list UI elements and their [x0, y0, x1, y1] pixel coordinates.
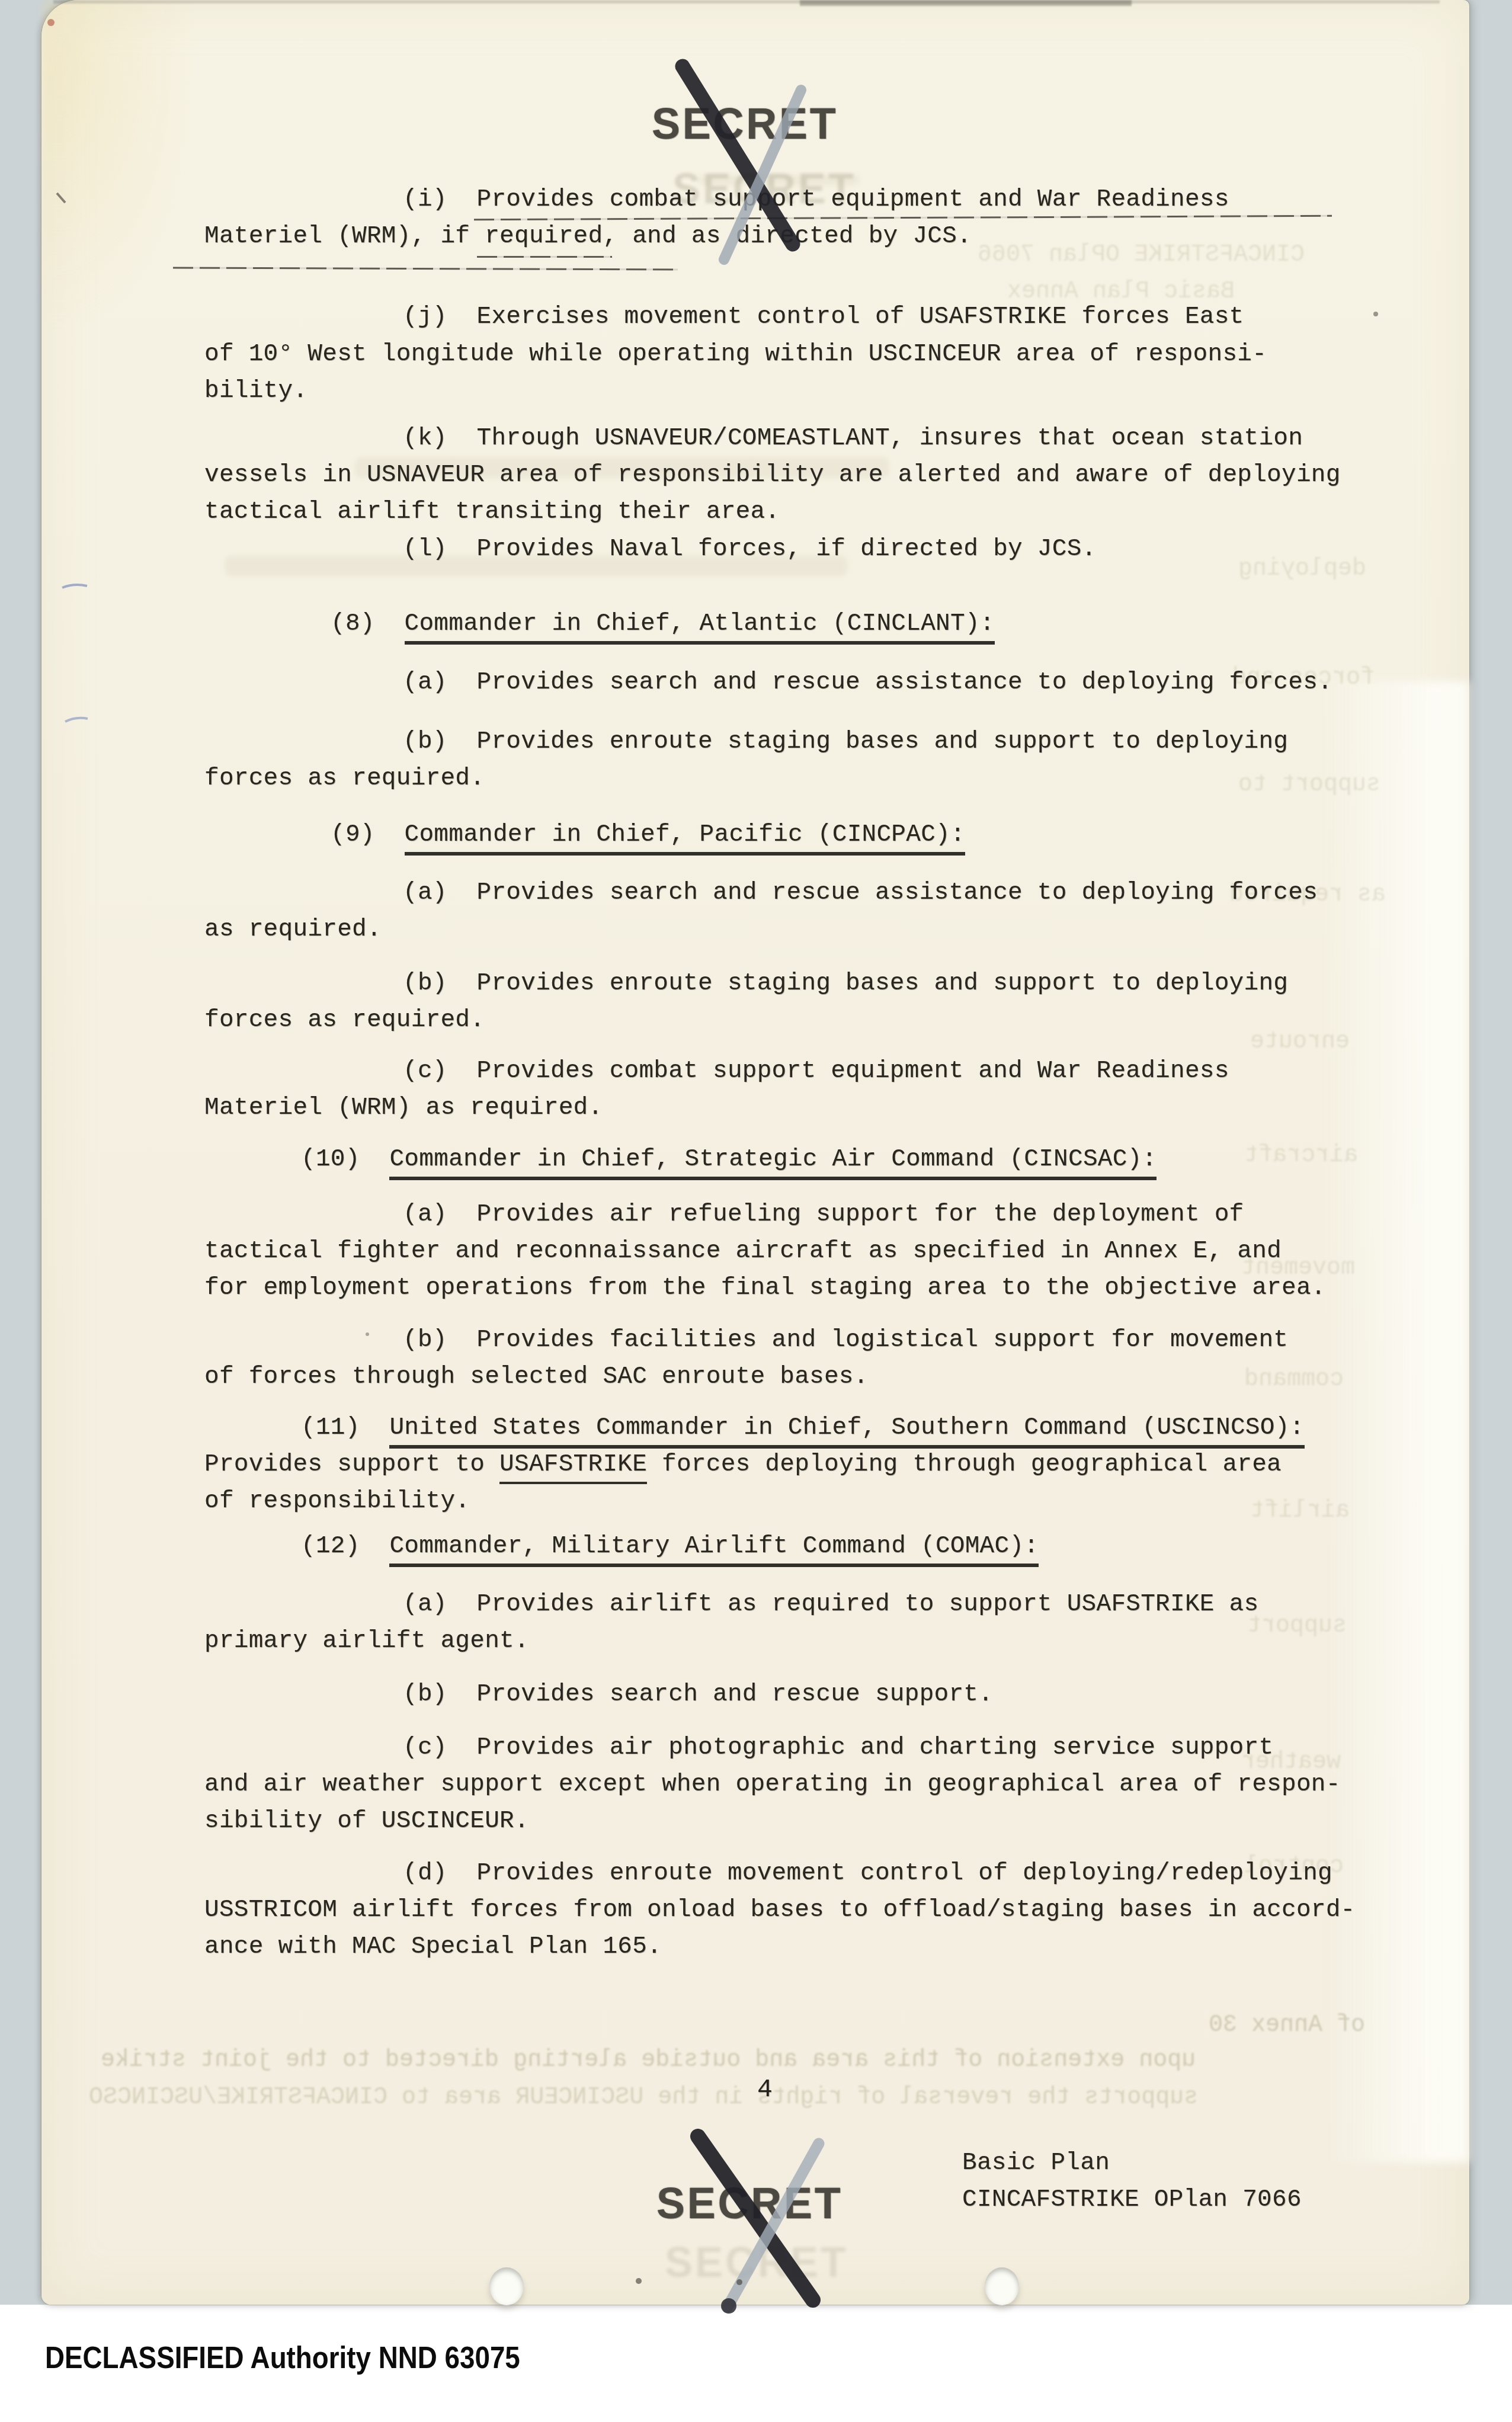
blue-pen-mark	[65, 718, 88, 722]
paper-speck	[636, 2278, 642, 2284]
paper-speck	[47, 19, 55, 26]
pencil-tick	[57, 193, 65, 203]
paper-speck	[736, 2279, 742, 2285]
paper-speck	[1373, 312, 1378, 316]
pen-marks-overlay	[0, 0, 1512, 2422]
scanned-document-page: { "document": { "classification_stamp": …	[0, 0, 1512, 2422]
ink-blot	[721, 2298, 736, 2314]
paper-speck	[366, 1332, 369, 1336]
crossout-stroke-dark-bottom	[698, 2136, 813, 2300]
blue-pen-mark	[62, 585, 87, 588]
declassified-note: DECLASSIFIED Authority NND 63075	[45, 2340, 520, 2376]
